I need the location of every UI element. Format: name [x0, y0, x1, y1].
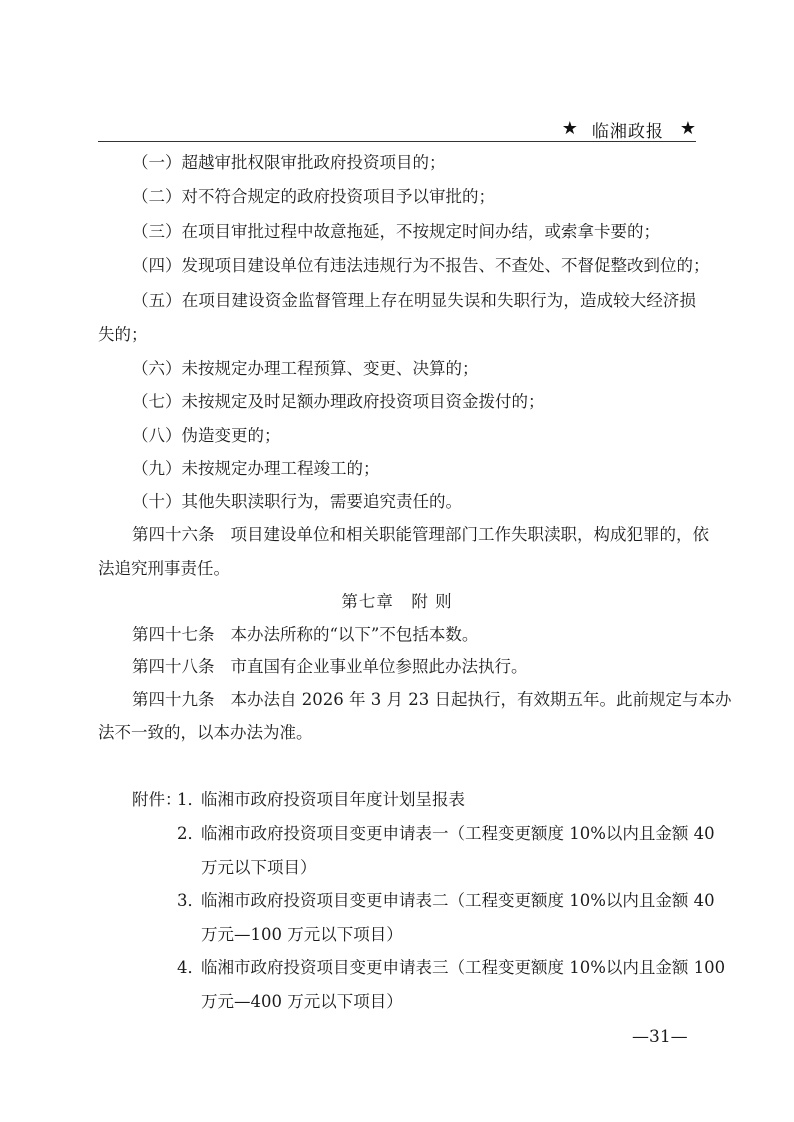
list-item-5: （五）在项目建设资金监督管理上存在明显失误和失职行为，造成较大经济损	[98, 290, 696, 312]
article-number: 第四十九条	[132, 690, 215, 709]
list-item-7: （七）未按规定及时足额办理政府投资项目资金拨付的；	[98, 391, 696, 413]
annex-entry-1: 临湘市政府投资项目年度计划呈报表	[201, 789, 696, 811]
article-47: 第四十七条本办法所称的“以下”不包括本数。	[98, 624, 696, 646]
list-item-9: （九）未按规定办理工程竣工的；	[98, 458, 696, 480]
star-icon: ★	[562, 120, 578, 138]
annex-number-3: 3．	[177, 890, 204, 912]
article-49: 第四十九条本办法自 2026 年 3 月 23 日起执行，有效期五年。此前规定与…	[98, 689, 696, 711]
annex-entry-3: 临湘市政府投资项目变更申请表二（工程变更额度 10%以内且金额 40	[201, 890, 696, 912]
list-item-6: （六）未按规定办理工程预算、变更、决算的；	[98, 358, 696, 380]
list-item-10: （十）其他失职渎职行为，需要追究责任的。	[98, 491, 696, 513]
article-48: 第四十八条市直国有企业事业单位参照此办法执行。	[98, 656, 696, 678]
article-46-continuation: 法追究刑事责任。	[98, 558, 696, 580]
list-item-8: （八）伪造变更的；	[98, 425, 696, 447]
annex-number-4: 4．	[177, 957, 204, 979]
article-number: 第四十六条	[132, 525, 215, 544]
annex-entry-2: 临湘市政府投资项目变更申请表一（工程变更额度 10%以内且金额 40	[201, 823, 696, 845]
article-text: 本办法自 2026 年 3 月 23 日起执行，有效期五年。此前规定与本办	[231, 690, 732, 709]
list-item-2: （二）对不符合规定的政府投资项目予以审批的；	[98, 186, 696, 208]
article-text: 本办法所称的“以下”不包括本数。	[231, 625, 479, 644]
article-number: 第四十八条	[132, 657, 215, 676]
list-item-5-continuation: 失的；	[98, 324, 696, 346]
article-46: 第四十六条项目建设单位和相关职能管理部门工作失职渎职，构成犯罪的，依	[98, 524, 696, 546]
publication-title: 临湘政报	[592, 117, 664, 142]
chapter-heading: 第七章 附 则	[98, 591, 696, 613]
running-header: ★ 临湘政报 ★	[562, 118, 696, 140]
article-49-continuation: 法不一致的，以本办法为准。	[98, 722, 696, 744]
list-item-1: （一）超越审批权限审批政府投资项目的；	[98, 152, 696, 174]
article-text: 项目建设单位和相关职能管理部门工作失职渎职，构成犯罪的，依	[231, 525, 710, 544]
page-number: —31—	[632, 1026, 688, 1048]
annex-entry-2-continuation: 万元以下项目）	[201, 857, 696, 879]
list-item-4: （四）发现项目建设单位有违法违规行为不报告、不查处、不督促整改到位的；	[98, 255, 696, 277]
list-item-3: （三）在项目审批过程中故意拖延，不按规定时间办结，或索拿卡要的；	[98, 221, 696, 243]
document-page: ★ 临湘政报 ★ （一）超越审批权限审批政府投资项目的； （二）对不符合规定的政…	[0, 0, 794, 1122]
header-rule	[98, 141, 696, 142]
article-text: 市直国有企业事业单位参照此办法执行。	[231, 657, 528, 676]
annex-entry-4-continuation: 万元—400 万元以下项目）	[201, 991, 696, 1013]
star-icon: ★	[680, 120, 696, 138]
annex-label: 附件：	[132, 789, 182, 811]
annex-entry-3-continuation: 万元—100 万元以下项目）	[201, 924, 696, 946]
annex-number-2: 2．	[177, 823, 204, 845]
annex-entry-4: 临湘市政府投资项目变更申请表三（工程变更额度 10%以内且金额 100	[201, 957, 696, 979]
annex-number-1: 1．	[177, 789, 204, 811]
article-number: 第四十七条	[132, 625, 215, 644]
